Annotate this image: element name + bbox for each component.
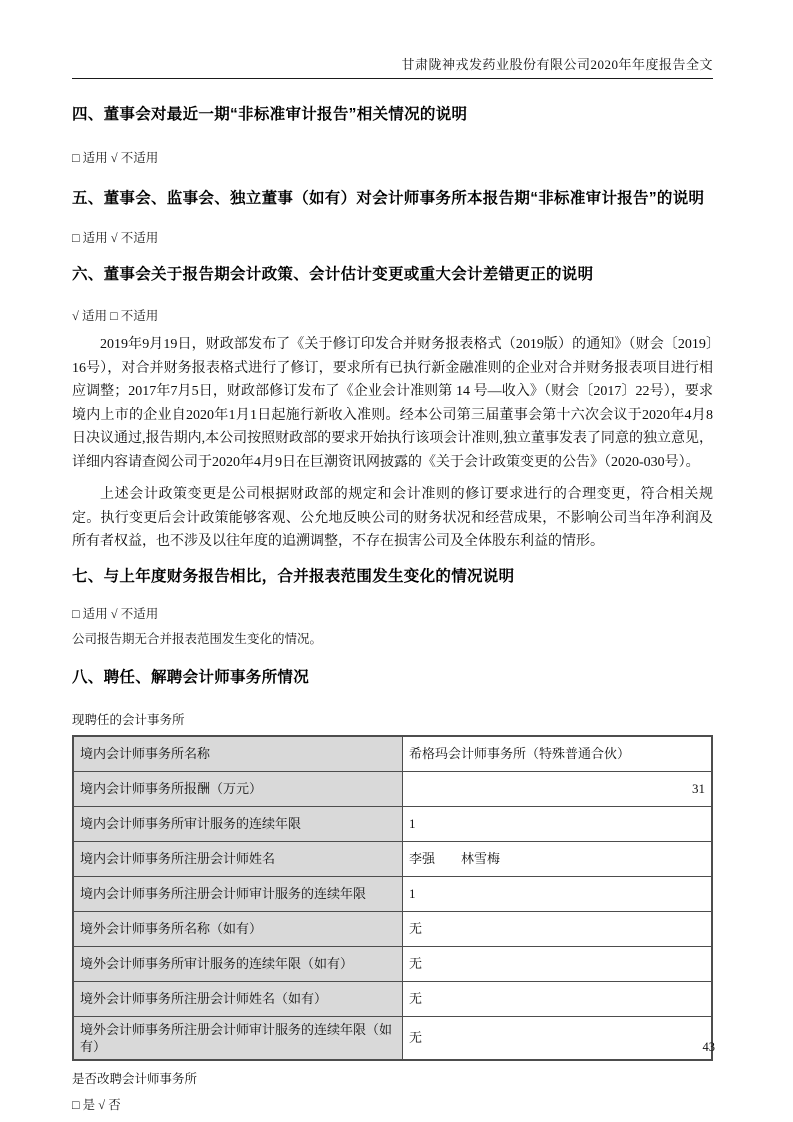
row-label: 境外会计师事务所注册会计师审计服务的连续年限（如有） [73,1016,403,1060]
section-6-applicability: √ 适用 □ 不适用 [72,308,713,324]
section-4-title: 四、董事会对最近一期“非标准审计报告”相关情况的说明 [72,104,713,126]
row-value: 无 [403,946,713,981]
section-4-applicability: □ 适用 √ 不适用 [72,150,713,166]
row-label: 境外会计师事务所名称（如有） [73,911,403,946]
firm-table-caption: 现聘任的会计事务所 [72,710,713,728]
table-row: 境内会计师事务所名称 希格玛会计师事务所（特殊普通合伙） [73,736,712,772]
section-6-title: 六、董事会关于报告期会计政策、会计估计变更或重大会计差错更正的说明 [72,264,713,286]
table-row: 境外会计师事务所审计服务的连续年限（如有） 无 [73,946,712,981]
table-row: 境内会计师事务所注册会计师姓名 李强 林雪梅 [73,841,712,876]
row-value: 李强 林雪梅 [403,841,713,876]
section-5-applicability: □ 适用 √ 不适用 [72,230,713,246]
row-label: 境内会计师事务所名称 [73,736,403,772]
section-6-paragraph-1: 2019年9月19日，财政部发布了《关于修订印发合并财务报表格式（2019版）的… [72,333,713,474]
row-value: 无 [403,911,713,946]
document-header: 甘肃陇神戎发药业股份有限公司2020年年度报告全文 [72,54,713,79]
section-8-title: 八、聘任、解聘会计师事务所情况 [72,667,713,689]
row-value: 无 [403,981,713,1016]
change-firm-answer: □ 是 √ 否 [72,1097,713,1113]
row-value: 31 [403,771,713,806]
row-label: 境内会计师事务所审计服务的连续年限 [73,806,403,841]
section-7-note: 公司报告期无合并报表范围发生变化的情况。 [72,631,713,647]
section-6-paragraph-2: 上述会计政策变更是公司根据财政部的规定和会计准则的修订要求进行的合理变更，符合相… [72,483,713,554]
row-value: 1 [403,876,713,911]
row-label: 境内会计师事务所报酬（万元） [73,771,403,806]
row-label: 境内会计师事务所注册会计师姓名 [73,841,403,876]
table-row: 境内会计师事务所审计服务的连续年限 1 [73,806,712,841]
report-page: 甘肃陇神戎发药业股份有限公司2020年年度报告全文 四、董事会对最近一期“非标准… [0,0,793,1122]
row-value: 1 [403,806,713,841]
row-label: 境外会计师事务所注册会计师姓名（如有） [73,981,403,1016]
row-value: 无 [403,1016,713,1060]
table-row: 境外会计师事务所注册会计师姓名（如有） 无 [73,981,712,1016]
section-7-title: 七、与上年度财务报告相比，合并报表范围发生变化的情况说明 [72,566,713,588]
table-row: 境外会计师事务所名称（如有） 无 [73,911,712,946]
page-number: 43 [703,1040,716,1055]
section-7-applicability: □ 适用 √ 不适用 [72,606,713,622]
section-5-title: 五、董事会、监事会、独立董事（如有）对会计师事务所本报告期“非标准审计报告”的说… [72,188,713,210]
accounting-firm-table: 境内会计师事务所名称 希格玛会计师事务所（特殊普通合伙） 境内会计师事务所报酬（… [72,735,713,1061]
document-header-title: 甘肃陇神戎发药业股份有限公司2020年年度报告全文 [401,57,713,72]
table-row: 境内会计师事务所注册会计师审计服务的连续年限 1 [73,876,712,911]
table-row: 境外会计师事务所注册会计师审计服务的连续年限（如有） 无 [73,1016,712,1060]
row-label: 境内会计师事务所注册会计师审计服务的连续年限 [73,876,403,911]
change-firm-question: 是否改聘会计师事务所 [72,1071,713,1087]
row-label: 境外会计师事务所审计服务的连续年限（如有） [73,946,403,981]
row-value: 希格玛会计师事务所（特殊普通合伙） [403,736,713,772]
table-row: 境内会计师事务所报酬（万元） 31 [73,771,712,806]
